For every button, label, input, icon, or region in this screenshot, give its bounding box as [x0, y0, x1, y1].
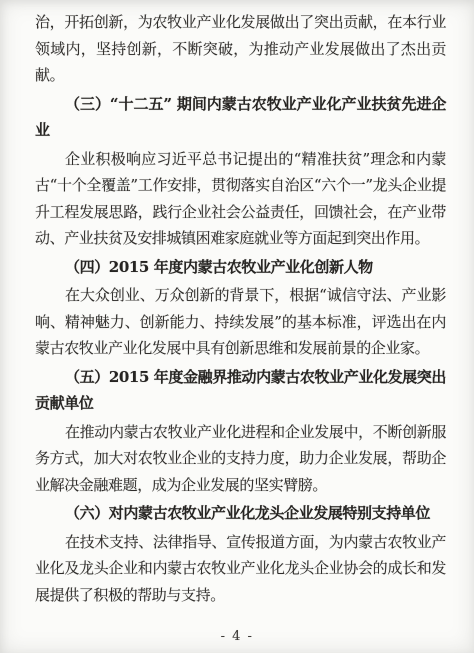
section-heading: （五）2015 年度金融界推动内蒙古农牧业产业化发展突出贡献单位 — [35, 364, 446, 417]
body-paragraph: 在技术支持、法律指导、宣传报道方面，为内蒙古农牧业产业化及龙头企业和内蒙古农牧业… — [35, 529, 446, 609]
page-number: - 4 - — [0, 629, 474, 644]
section-heading: （三）“十二五” 期间内蒙古农牧业产业化产业扶贫先进企业 — [35, 91, 446, 144]
section-heading: （四）2015 年度内蒙古农牧业产业化创新人物 — [35, 254, 446, 281]
body-paragraph: 治，开拓创新，为农牧业产业化发展做出了突出贡献，在本行业领域内，坚持创新，不断突… — [35, 9, 446, 89]
body-paragraph: 企业积极响应习近平总书记提出的“精准扶贫”理念和内蒙古“十个全覆盖”工作安排，贯… — [35, 146, 446, 252]
body-paragraph: 在大众创业、万众创新的背景下，根据“诚信守法、产业影响、精神魅力、创新能力、持续… — [35, 282, 446, 362]
section-heading: （六）对内蒙古农牧业产业化龙头企业发展特别支持单位 — [35, 500, 446, 527]
document-body: 治，开拓创新，为农牧业产业化发展做出了突出贡献，在本行业领域内，坚持创新，不断突… — [35, 9, 446, 608]
document-page: 治，开拓创新，为农牧业产业化发展做出了突出贡献，在本行业领域内，坚持创新，不断突… — [0, 0, 474, 653]
body-paragraph: 在推动内蒙古农牧业产业化进程和企业发展中，不断创新服务方式，加大对农牧业企业的支… — [35, 419, 446, 499]
